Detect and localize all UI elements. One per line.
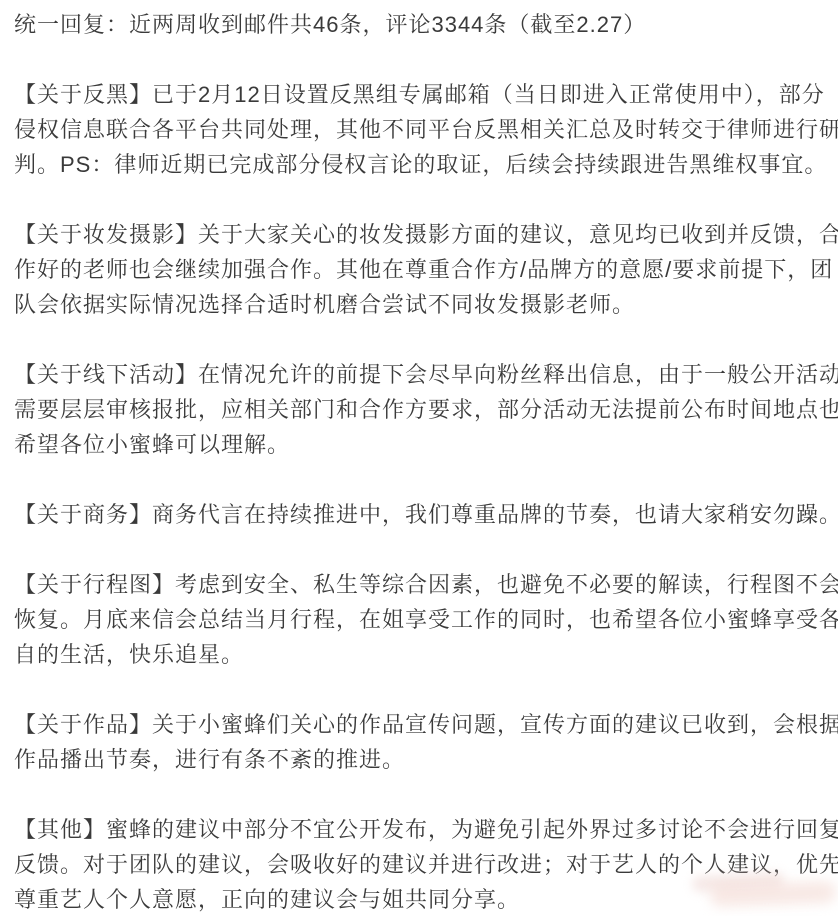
text-line: 【关于作品】关于小蜜蜂们关心的作品宣传问题，宣传方面的建议已收到，会根据	[14, 707, 830, 742]
paragraph-offline-events: 【关于线下活动】在情况允许的前提下会尽早向粉丝释出信息，由于一般公开活动 需要层…	[14, 357, 830, 462]
text-line: 侵权信息联合各平台共同处理，其他不同平台反黑相关汇总及时转交于律师进行研	[14, 112, 830, 147]
text-line: 【关于线下活动】在情况允许的前提下会尽早向粉丝释出信息，由于一般公开活动	[14, 357, 830, 392]
text-line: 反馈。对于团队的建议，会吸收好的建议并进行改进；对于艺人的个人建议，优先	[14, 847, 830, 882]
post-content: 统一回复：近两周收到邮件共46条，评论3344条（截至2.27） 【关于反黑】已…	[0, 0, 838, 916]
text-line: 自的生活，快乐追星。	[14, 637, 830, 672]
paragraph-works: 【关于作品】关于小蜜蜂们关心的作品宣传问题，宣传方面的建议已收到，会根据 作品播…	[14, 707, 830, 777]
text-line: 【关于妆发摄影】关于大家关心的妆发摄影方面的建议，意见均已收到并反馈，合	[14, 217, 830, 252]
paragraph-business: 【关于商务】商务代言在持续推进中，我们尊重品牌的节奏，也请大家稍安勿躁。	[14, 497, 830, 532]
text-line: 恢复。月底来信会总结当月行程，在姐享受工作的同时，也希望各位小蜜蜂享受各	[14, 602, 830, 637]
paragraph-makeup-photography: 【关于妆发摄影】关于大家关心的妆发摄影方面的建议，意见均已收到并反馈，合 作好的…	[14, 217, 830, 322]
text-line: 【关于行程图】考虑到安全、私生等综合因素，也避免不必要的解读，行程图不会	[14, 567, 830, 602]
announcement-post: 统一回复：近两周收到邮件共46条，评论3344条（截至2.27） 【关于反黑】已…	[0, 0, 838, 916]
paragraph-others: 【其他】蜜蜂的建议中部分不宜公开发布，为避免引起外界过多讨论不会进行回复 反馈。…	[14, 812, 830, 916]
paragraph-summary: 统一回复：近两周收到邮件共46条，评论3344条（截至2.27）	[14, 7, 830, 42]
text-line: 希望各位小蜜蜂可以理解。	[14, 427, 830, 462]
text-line: 尊重艺人个人意愿，正向的建议会与姐共同分享。	[14, 882, 830, 916]
text-line: 作品播出节奏，进行有条不紊的推进。	[14, 742, 830, 777]
text-line: 统一回复：近两周收到邮件共46条，评论3344条（截至2.27）	[14, 7, 830, 42]
text-line: 判。PS：律师近期已完成部分侵权言论的取证，后续会持续跟进告黑维权事宜。	[14, 147, 830, 182]
text-line: 作好的老师也会继续加强合作。其他在尊重合作方/品牌方的意愿/要求前提下，团	[14, 252, 830, 287]
text-line: 需要层层审核报批，应相关部门和合作方要求，部分活动无法提前公布时间地点也	[14, 392, 830, 427]
text-line: 队会依据实际情况选择合适时机磨合尝试不同妆发摄影老师。	[14, 287, 830, 322]
text-line: 【关于反黑】已于2月12日设置反黑组专属邮箱（当日即进入正常使用中），部分	[14, 77, 830, 112]
text-line: 【关于商务】商务代言在持续推进中，我们尊重品牌的节奏，也请大家稍安勿躁。	[14, 497, 830, 532]
paragraph-schedule: 【关于行程图】考虑到安全、私生等综合因素，也避免不必要的解读，行程图不会 恢复。…	[14, 567, 830, 672]
paragraph-anti-black: 【关于反黑】已于2月12日设置反黑组专属邮箱（当日即进入正常使用中），部分 侵权…	[14, 77, 830, 182]
text-line: 【其他】蜜蜂的建议中部分不宜公开发布，为避免引起外界过多讨论不会进行回复	[14, 812, 830, 847]
